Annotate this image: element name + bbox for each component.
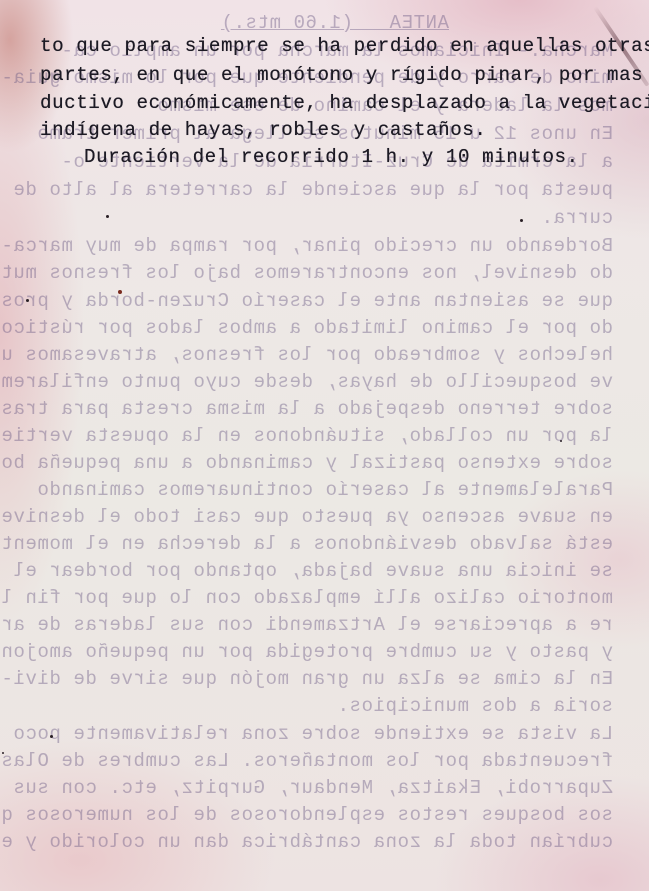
ink-speck [118, 290, 122, 294]
ink-speck [560, 440, 562, 442]
typed-line-duration: Duración del recorrido 1 h. y 10 minutos… [84, 146, 579, 168]
reverse-line: frecuentada por los montañeros. Las cumb… [0, 750, 613, 772]
reverse-line: está salvado desviándonos a la derecha e… [0, 533, 613, 555]
ink-speck [2, 752, 4, 754]
reverse-line: La vista se extiende sobre zona relativa… [13, 723, 613, 745]
reverse-line: y pasto y su cumbre protegida por un peq… [0, 641, 613, 663]
reverse-line: que se asientan ante el caserío Cruzen-b… [0, 290, 613, 312]
reverse-line: sos bosques restos esplendorosos de los … [0, 804, 613, 826]
reverse-line: montorio calizo allí emplazado con lo qu… [0, 587, 613, 609]
reverse-line: re a apreciarse el Artzamendi con sus la… [0, 614, 613, 636]
reverse-line: soria a dos municipios. [337, 695, 613, 717]
scanned-document-page: ANTEA (1.60 mts.) Marcha.- Iniciamos la … [0, 0, 649, 891]
ink-speck [520, 219, 523, 222]
reverse-header: ANTEA (1.60 mts.) [221, 12, 449, 34]
reverse-line: Paralelamente al caserío continuaremos c… [37, 479, 613, 501]
reverse-line: sobre terreno despejado a la misma crest… [0, 398, 613, 420]
reverse-line: Bordeando un crecido pinar, por rampa de… [1, 235, 613, 257]
reverse-line: puesta por la que asciende la carretera … [0, 179, 613, 201]
reverse-line: cubrían toda la zona cantábrica dan un c… [0, 831, 613, 853]
reverse-line: sobre extenso pastizal y caminando a una… [0, 452, 613, 474]
reverse-line: se inicia una suave bajada, optando por … [0, 560, 613, 582]
typed-line: partes, en que el monótono y rígido pina… [40, 64, 649, 86]
ink-speck [106, 215, 109, 218]
reverse-line: la por un collado, situándonos en la opu… [0, 425, 613, 447]
reverse-line: en suave ascenso ya puesto que casi todo… [0, 506, 613, 528]
reverse-line: do desnivel, nos encontraremos bajo los … [0, 262, 613, 284]
reverse-line: curra. [541, 207, 613, 229]
reverse-line: do por el camino limitado a ambos lados … [0, 317, 613, 339]
reverse-line: helechos y sombreado por los fresnos, at… [0, 344, 613, 366]
typed-line: indígena de hayas, robles y castaños. [40, 119, 486, 141]
reverse-line: En la cima se alza un gran mojón que sir… [1, 668, 613, 690]
typed-line: to que para siempre se ha perdido en aqu… [40, 35, 649, 57]
ink-speck [50, 735, 53, 738]
ink-speck [26, 299, 29, 302]
typed-line: ductivo económicamente, ha desplazado a … [40, 92, 649, 114]
reverse-line: Zuparrobi, Ekaitza, Mendaur, Gurpitz, et… [0, 777, 613, 799]
reverse-line: ve bosquecillo de hayas, desde cuyo punt… [0, 371, 613, 393]
